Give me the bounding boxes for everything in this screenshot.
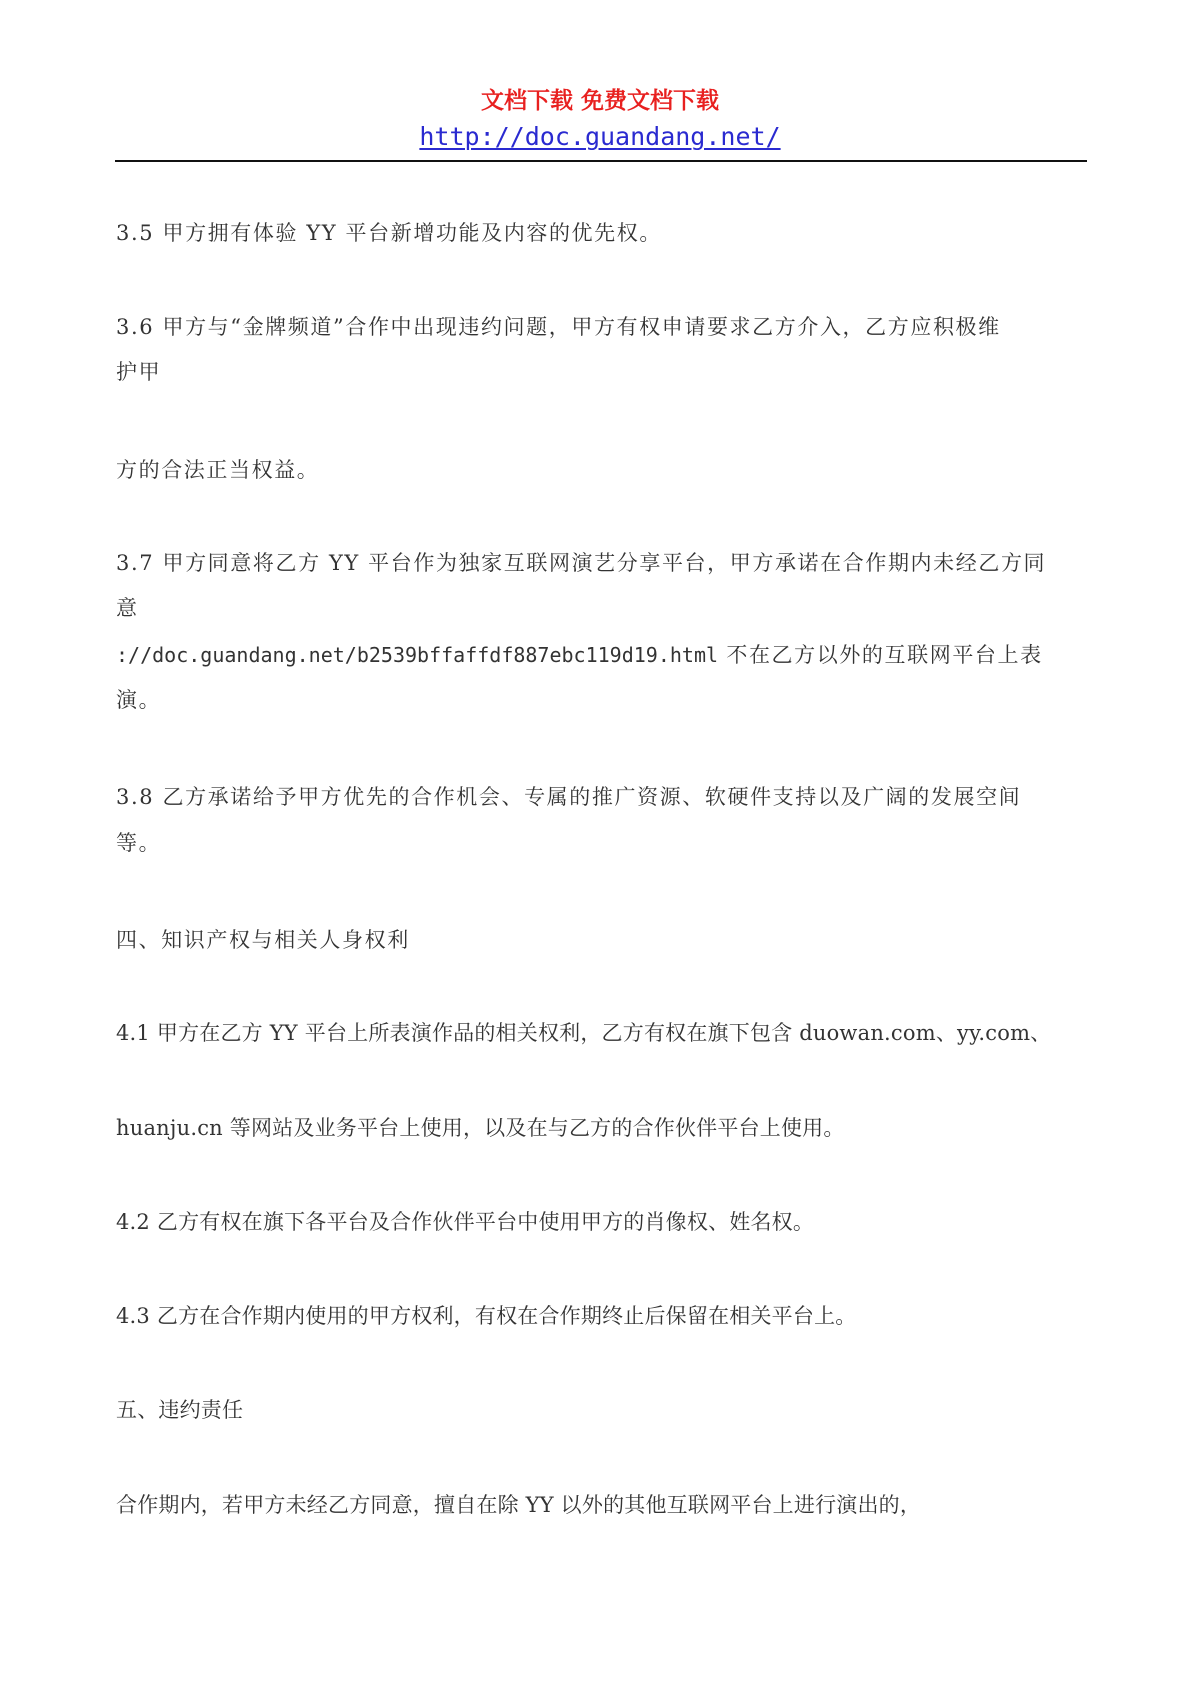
paragraph-3-7-line-1: 3.7 甲方同意将乙方 YY 平台作为独家互联网演艺分享平台，甲方承诺在合作期内… [116, 549, 1046, 577]
paragraph-3-7-line-4: 演。 [116, 686, 161, 714]
paragraph-3-8-line-1: 3.8 乙方承诺给予甲方优先的合作机会、专属的推广资源、软硬件支持以及广阔的发展… [116, 783, 1021, 811]
paragraph-3-6-line-2: 护甲 [116, 358, 161, 386]
paragraph-3-7-line-3-rest: 不在乙方以外的互联网平台上表 [718, 643, 1043, 667]
paragraph-3-6-line-3: 方的合法正当权益。 [116, 456, 319, 484]
paragraph-4-3: 4.3 乙方在合作期内使用的甲方权利，有权在合作期终止后保留在相关平台上。 [116, 1302, 856, 1330]
paragraph-4-1-line-2: huanju.cn 等网站及业务平台上使用，以及在与乙方的合作伙伴平台上使用。 [116, 1114, 845, 1142]
paragraph-3-7-line-2: 意 [116, 594, 139, 622]
header-title: 文档下载 免费文档下载 [0, 86, 1200, 116]
header-url-container: http://doc.guandang.net/ [0, 121, 1200, 153]
paragraph-3-5: 3.5 甲方拥有体验 YY 平台新增功能及内容的优先权。 [116, 219, 662, 247]
header-divider [115, 160, 1087, 162]
paragraph-4-2: 4.2 乙方有权在旗下各平台及合作伙伴平台中使用甲方的肖像权、姓名权。 [116, 1208, 814, 1236]
header-url-link[interactable]: http://doc.guandang.net/ [419, 122, 780, 151]
paragraph-3-8-line-2: 等。 [116, 829, 161, 857]
section-5-heading: 五、违约责任 [116, 1396, 243, 1424]
paragraph-3-7-line-3: ://doc.guandang.net/b2539bffaffdf887ebc1… [116, 641, 1043, 669]
inline-url-text: ://doc.guandang.net/b2539bffaffdf887ebc1… [116, 643, 718, 667]
paragraph-5-1: 合作期内，若甲方未经乙方同意，擅自在除 YY 以外的其他互联网平台上进行演出的， [116, 1491, 921, 1519]
paragraph-3-6-line-1: 3.6 甲方与“金牌频道”合作中出现违约问题，甲方有权申请要求乙方介入，乙方应积… [116, 313, 1001, 341]
section-4-heading: 四、知识产权与相关人身权利 [116, 926, 410, 954]
paragraph-4-1-line-1: 4.1 甲方在乙方 YY 平台上所表演作品的相关权利，乙方有权在旗下包含 duo… [116, 1019, 1051, 1047]
